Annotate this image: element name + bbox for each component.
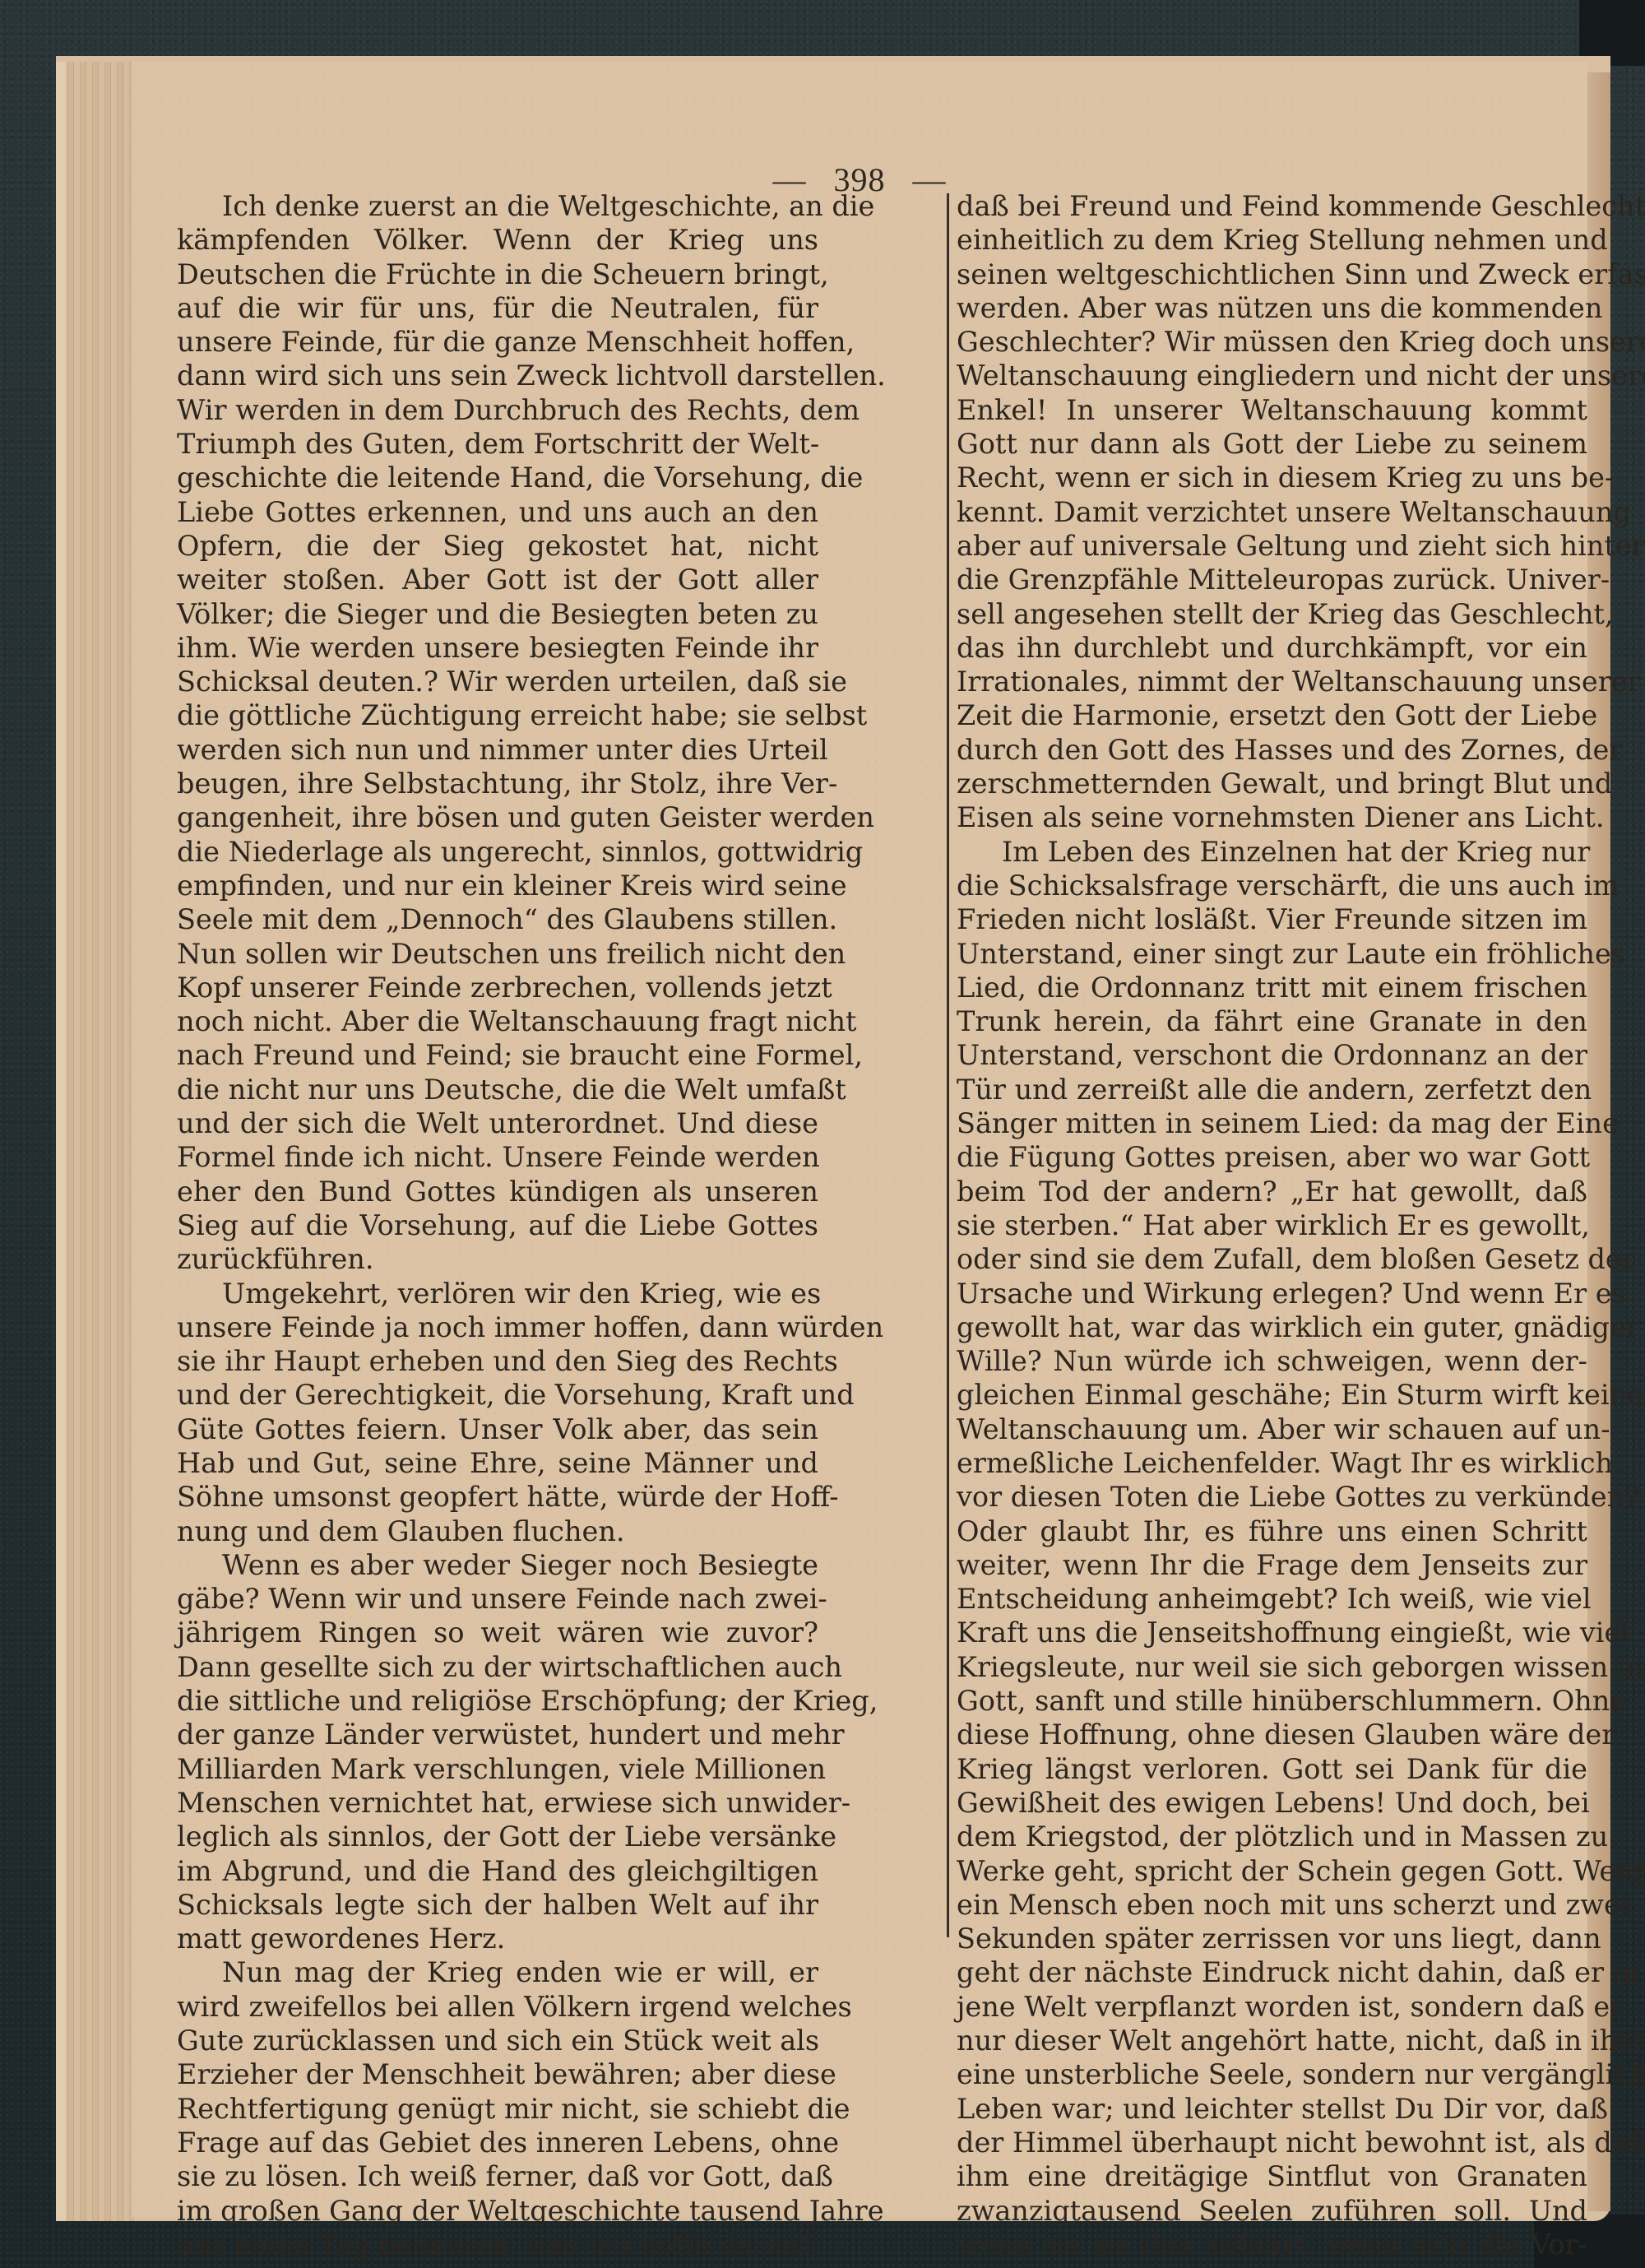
text-line: Ursache und Wirkung erlegen? Und wenn Er… [957, 1277, 1587, 1310]
text-line: Ich denke zuerst an die Weltgeschichte, … [177, 189, 818, 223]
text-line: jene Welt verpflanzt worden ist, sondern… [957, 1990, 1587, 2024]
text-line: kämpfenden Völker. Wenn der Krieg uns [177, 223, 818, 257]
text-line: wenn sie sie ihm zuführt, wenn sich die … [957, 2228, 1587, 2261]
text-line: Oder glaubt Ihr, es führe uns einen Schr… [957, 1514, 1587, 1548]
text-line: Trunk herein, da fährt eine Granate in d… [957, 1004, 1587, 1038]
text-line: Völker; die Sieger und die Besiegten bet… [177, 597, 818, 631]
text-line: Nun sollen wir Deutschen uns freilich ni… [177, 937, 818, 971]
text-line: Söhne umsonst geopfert hätte, würde der … [177, 1480, 818, 1514]
header-dash-right: — [913, 160, 947, 199]
text-line: Unterstand, verschont die Ordonnanz an d… [957, 1038, 1587, 1072]
text-line: nur einen Tag bedeuten, und ich hoffe da… [177, 2228, 818, 2261]
text-line: Nun mag der Krieg enden wie er will, er [177, 1955, 818, 1989]
text-line: Wille? Nun würde ich schweigen, wenn der… [957, 1344, 1587, 1378]
text-line: sie sterben.“ Hat aber wirklich Er es ge… [957, 1208, 1587, 1242]
text-line: Sieg auf die Vorsehung, auf die Liebe Go… [177, 1208, 818, 1242]
text-line: Gewißheit des ewigen Lebens! Und doch, b… [957, 1786, 1587, 1820]
text-line: empfinden, und nur ein kleiner Kreis wir… [177, 869, 818, 902]
text-line: Weltanschauung um. Aber wir schauen auf … [957, 1412, 1587, 1446]
text-line: matt gewordenes Herz. [177, 1922, 818, 1955]
text-line: seinen weltgeschichtlichen Sinn und Zwec… [957, 257, 1587, 291]
text-line: Gott, sanft und stille hinüberschlummern… [957, 1684, 1587, 1718]
text-line: dann wird sich uns sein Zweck lichtvoll … [177, 359, 818, 392]
text-line: dem Kriegstod, der plötzlich und in Mass… [957, 1820, 1587, 1853]
text-column-right: daß bei Freund und Feind kommende Geschl… [957, 189, 1587, 2261]
text-line: Weltanschauung eingliedern und nicht der… [957, 359, 1587, 392]
text-line: daß bei Freund und Feind kommende Geschl… [957, 189, 1587, 223]
text-line: beim Tod der andern? „Er hat gewollt, da… [957, 1175, 1587, 1208]
text-line: Eisen als seine vornehmsten Diener ans L… [957, 800, 1587, 834]
text-line: die Schicksalsfrage verschärft, die uns … [957, 869, 1587, 902]
text-line: der Himmel überhaupt nicht bewohnt ist, … [957, 2126, 1587, 2159]
text-line: oder sind sie dem Zufall, dem bloßen Ges… [957, 1242, 1587, 1276]
text-line: nur dieser Welt angehört hatte, nicht, d… [957, 2024, 1587, 2057]
text-line: Frage auf das Gebiet des inneren Lebens,… [177, 2126, 818, 2159]
text-line: Güte Gottes feiern. Unser Volk aber, das… [177, 1412, 818, 1446]
text-line: aber auf universale Geltung und zieht si… [957, 529, 1587, 563]
text-line: Enkel! In unserer Weltanschauung kommt [957, 393, 1587, 427]
text-line: auf die wir für uns, für die Neutralen, … [177, 291, 818, 325]
text-line: unsere Feinde, für die ganze Menschheit … [177, 325, 818, 359]
text-line: Kraft uns die Jenseitshoffnung eingießt,… [957, 1616, 1587, 1649]
text-line: Kopf unserer Feinde zerbrechen, vollends… [177, 971, 818, 1004]
text-line: geschichte die leitende Hand, die Vorseh… [177, 461, 818, 494]
text-line: nach Freund und Feind; sie braucht eine … [177, 1038, 818, 1072]
text-line: wird zweifellos bei allen Völkern irgend… [177, 1990, 818, 2024]
text-line: zerschmetternden Gewalt, und bringt Blut… [957, 767, 1587, 800]
text-line: gewollt hat, war das wirklich ein guter,… [957, 1310, 1587, 1344]
text-line: Wenn es aber weder Sieger noch Besiegte [177, 1548, 818, 1582]
column-divider-rule [947, 193, 949, 1937]
text-line: Im Leben des Einzelnen hat der Krieg nur [957, 835, 1587, 869]
text-line: geht der nächste Eindruck nicht dahin, d… [957, 1955, 1587, 1989]
text-line: werden. Aber was nützen uns die kommende… [957, 291, 1587, 325]
text-line: und der Gerechtigkeit, die Vorsehung, Kr… [177, 1378, 818, 1412]
text-line: Sekunden später zerrissen vor uns liegt,… [957, 1922, 1587, 1955]
text-line: Erzieher der Menschheit bewähren; aber d… [177, 2057, 818, 2091]
text-line: Rechtfertigung genügt mir nicht, sie sch… [177, 2092, 818, 2126]
text-line: Hab und Gut, seine Ehre, seine Männer un… [177, 1446, 818, 1480]
page-edges-left [56, 62, 134, 2221]
text-line: Liebe Gottes erkennen, und uns auch an d… [177, 495, 818, 529]
text-line: sell angesehen stellt der Krieg das Gesc… [957, 597, 1587, 631]
text-line: im Abgrund, und die Hand des gleichgilti… [177, 1854, 818, 1888]
text-line: durch den Gott des Hasses und des Zornes… [957, 733, 1587, 767]
text-line: das ihn durchlebt und durchkämpft, vor e… [957, 631, 1587, 665]
text-line: Kriegsleute, nur weil sie sich geborgen … [957, 1650, 1587, 1684]
text-line: zwanzigtausend Seelen zuführen soll. Und [957, 2194, 1587, 2228]
text-line: die göttliche Züchtigung erreicht habe; … [177, 698, 818, 732]
text-line: Dann gesellte sich zu der wirtschaftlich… [177, 1650, 818, 1684]
text-line: Wir werden in dem Durchbruch des Rechts,… [177, 393, 818, 427]
text-line: eine unsterbliche Seele, sondern nur ver… [957, 2057, 1587, 2091]
text-line: vor diesen Toten die Liebe Gottes zu ver… [957, 1480, 1587, 1514]
text-line: eher den Bund Gottes kündigen als unsere… [177, 1175, 818, 1208]
text-line: beugen, ihre Selbstachtung, ihr Stolz, i… [177, 767, 818, 800]
text-line: Krieg längst verloren. Gott sei Dank für… [957, 1752, 1587, 1786]
text-line: diese Hoffnung, ohne diesen Glauben wäre… [957, 1718, 1587, 1751]
text-line: Umgekehrt, verlören wir den Krieg, wie e… [177, 1277, 818, 1310]
text-line: zurückführen. [177, 1242, 818, 1276]
text-line: ermeßliche Leichenfelder. Wagt Ihr es wi… [957, 1446, 1587, 1480]
text-line: ihm eine dreitägige Sintflut von Granate… [957, 2159, 1587, 2193]
text-line: Formel finde ich nicht. Unsere Feinde we… [177, 1140, 818, 1174]
text-line: Seele mit dem „Dennoch“ des Glaubens sti… [177, 902, 818, 936]
text-line: die Fügung Gottes preisen, aber wo war G… [957, 1140, 1587, 1174]
text-line: im großen Gang der Weltgeschichte tausen… [177, 2194, 818, 2228]
text-line: Menschen vernichtet hat, erwiese sich un… [177, 1786, 818, 1820]
text-line: gangenheit, ihre bösen und guten Geister… [177, 800, 818, 834]
text-line: gleichen Einmal geschähe; Ein Sturm wirf… [957, 1378, 1587, 1412]
text-line: Deutschen die Früchte in die Scheuern br… [177, 257, 818, 291]
text-line: weiter, wenn Ihr die Frage dem Jenseits … [957, 1548, 1587, 1582]
text-line: die Niederlage als ungerecht, sinnlos, g… [177, 835, 818, 869]
text-line: gäbe? Wenn wir und unsere Feinde nach zw… [177, 1582, 818, 1616]
text-line: jährigem Ringen so weit wären wie zuvor? [177, 1616, 818, 1649]
text-line: Zeit die Harmonie, ersetzt den Gott der … [957, 698, 1587, 732]
text-line: Gott nur dann als Gott der Liebe zu sein… [957, 427, 1587, 461]
text-line: die Grenzpfähle Mitteleuropas zurück. Un… [957, 563, 1587, 596]
text-line: und der sich die Welt unterordnet. Und d… [177, 1106, 818, 1140]
text-line: kennt. Damit verzichtet unsere Weltansch… [957, 495, 1587, 529]
text-line: unsere Feinde ja noch immer hoffen, dann… [177, 1310, 818, 1344]
text-line: werden sich nun und nimmer unter dies Ur… [177, 733, 818, 767]
text-line: Leben war; und leichter stellst Du Dir v… [957, 2092, 1587, 2126]
text-line: Recht, wenn er sich in diesem Krieg zu u… [957, 461, 1587, 494]
text-column-left: Ich denke zuerst an die Weltgeschichte, … [177, 189, 818, 2261]
text-line: Irrationales, nimmt der Weltanschauung u… [957, 665, 1587, 698]
text-line: Lied, die Ordonnanz tritt mit einem fris… [957, 971, 1587, 1004]
text-line: der ganze Länder verwüstet, hundert und … [177, 1718, 818, 1751]
text-line: sie zu lösen. Ich weiß ferner, daß vor G… [177, 2159, 818, 2193]
text-line: Tür und zerreißt alle die andern, zerfet… [957, 1073, 1587, 1106]
text-line: Geschlechter? Wir müssen den Krieg doch … [957, 325, 1587, 359]
text-line: nung und dem Glauben fluchen. [177, 1514, 818, 1548]
text-line: Unterstand, einer singt zur Laute ein fr… [957, 937, 1587, 971]
text-line: noch nicht. Aber die Weltanschauung frag… [177, 1004, 818, 1038]
text-line: ihm. Wie werden unsere besiegten Feinde … [177, 631, 818, 665]
text-line: sie ihr Haupt erheben und den Sieg des R… [177, 1344, 818, 1378]
text-line: Sänger mitten in seinem Lied: da mag der… [957, 1106, 1587, 1140]
text-line: Gute zurücklassen und sich ein Stück wei… [177, 2024, 818, 2057]
text-line: Schicksals legte sich der halben Welt au… [177, 1888, 818, 1922]
text-line: Triumph des Guten, dem Fortschritt der W… [177, 427, 818, 461]
text-line: Werke geht, spricht der Schein gegen Got… [957, 1854, 1587, 1888]
text-line: die nicht nur uns Deutsche, die die Welt… [177, 1073, 818, 1106]
text-line: leglich als sinnlos, der Gott der Liebe … [177, 1820, 818, 1853]
text-line: Frieden nicht losläßt. Vier Freunde sitz… [957, 902, 1587, 936]
text-line: ein Mensch eben noch mit uns scherzt und… [957, 1888, 1587, 1922]
text-line: Milliarden Mark verschlungen, viele Mill… [177, 1752, 818, 1786]
text-line: Entscheidung anheimgebt? Ich weiß, wie v… [957, 1582, 1587, 1616]
text-line: weiter stoßen. Aber Gott ist der Gott al… [177, 563, 818, 596]
text-line: Opfern, die der Sieg gekostet hat, nicht [177, 529, 818, 563]
text-line: Schicksal deuten.? Wir werden urteilen, … [177, 665, 818, 698]
text-line: die sittliche und religiöse Erschöpfung;… [177, 1684, 818, 1718]
text-line: einheitlich zu dem Krieg Stellung nehmen… [957, 223, 1587, 257]
